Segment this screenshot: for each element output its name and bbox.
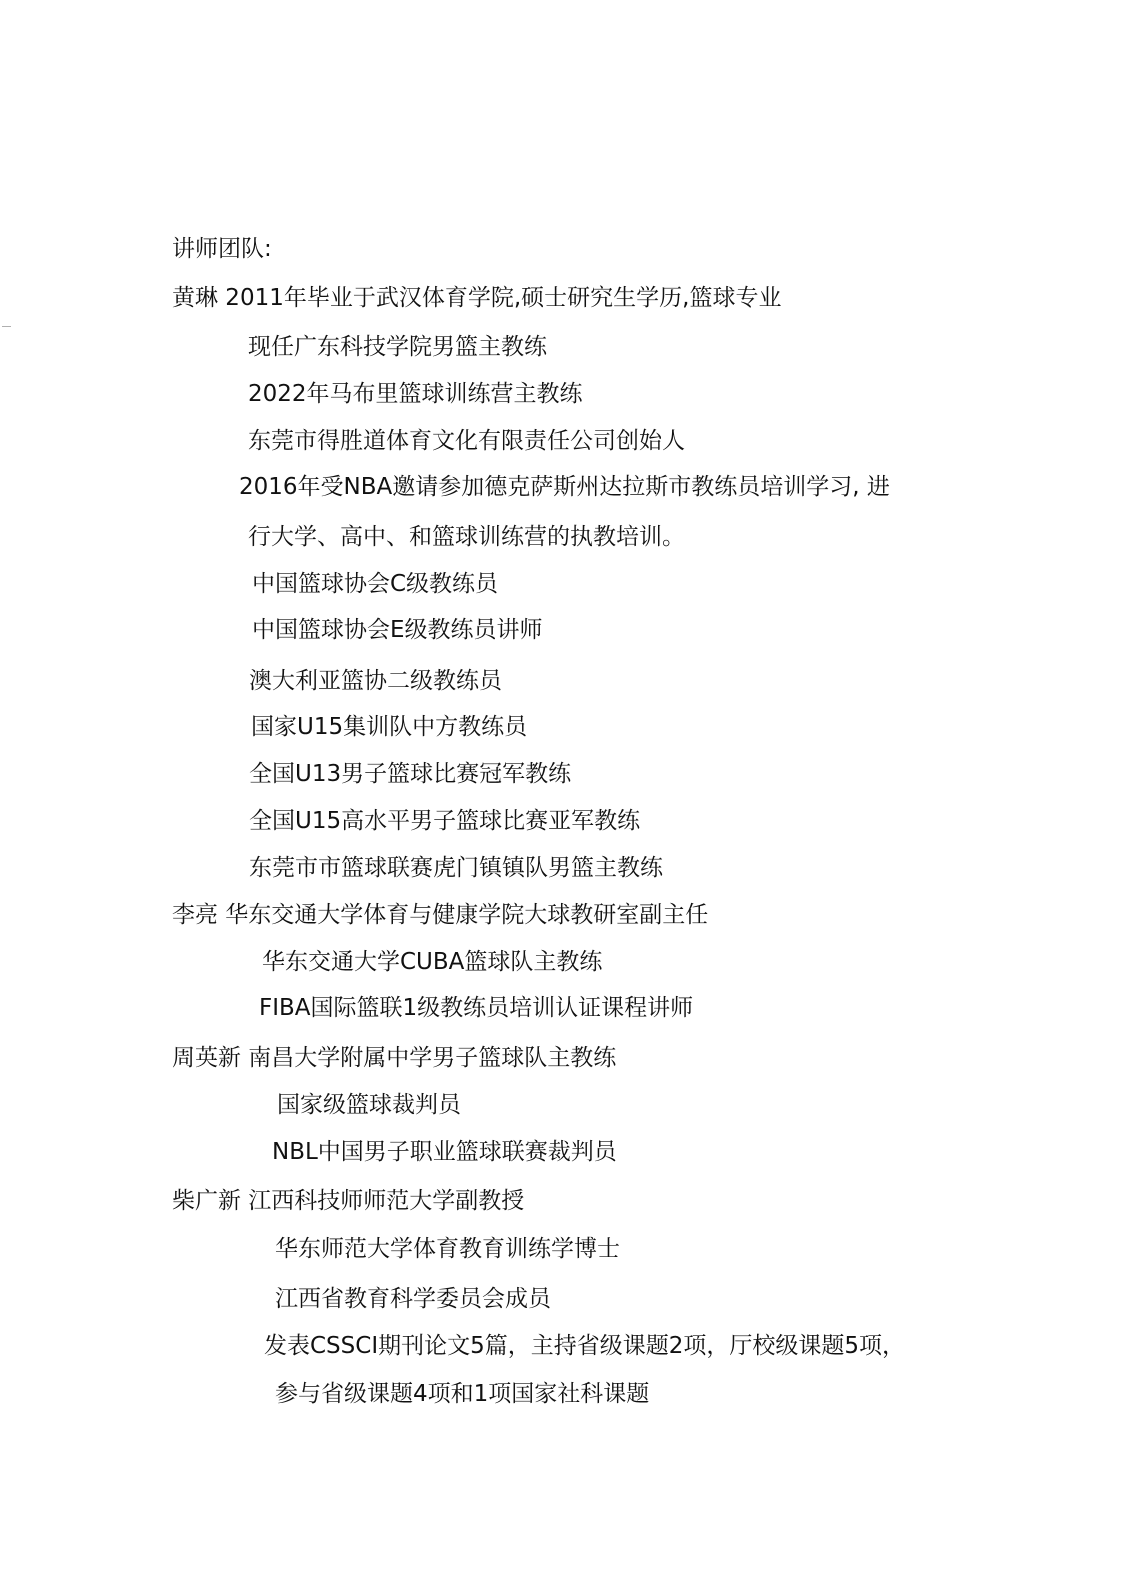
heading-instructor-team: 讲师团队: (172, 235, 272, 263)
text-line: 澳大利亚篮协二级教练员 (249, 667, 502, 695)
text-line: 华东师范大学体育教育训练学博士 (275, 1235, 620, 1263)
text-line: 国家级篮球裁判员 (277, 1091, 461, 1119)
text-line: 中国篮球协会E级教练员讲师 (252, 616, 543, 644)
text-line: 李亮 华东交通大学体育与健康学院大球教研室副主任 (172, 901, 708, 929)
text-line: 现任广东科技学院男篮主教练 (248, 333, 547, 361)
text-line: 国家U15集训队中方教练员 (251, 713, 527, 741)
text-line: 2016年受NBA邀请参加德克萨斯州达拉斯市教练员培训学习, 进 (239, 473, 890, 501)
text-line: FIBA国际篮联1级教练员培训认证课程讲师 (259, 994, 693, 1022)
text-line: 全国U15高水平男子篮球比赛亚军教练 (249, 807, 640, 835)
text-line: NBL中国男子职业篮球联赛裁判员 (272, 1138, 617, 1166)
text-line: 周英新 南昌大学附属中学男子篮球队主教练 (172, 1044, 616, 1072)
text-line: 参与省级课题4项和1项国家社科课题 (275, 1380, 649, 1408)
text-line: 发表CSSCI期刊论文5篇，主持省级课题2项，厅校级课题5项， (264, 1332, 905, 1360)
text-line: 东莞市得胜道体育文化有限责任公司创始人 (248, 427, 685, 455)
text-line: 东莞市市篮球联赛虎门镇镇队男篮主教练 (249, 854, 663, 882)
text-line: 江西省教育科学委员会成员 (275, 1285, 551, 1313)
text-line: 柴广新 江西科技师师范大学副教授 (172, 1187, 524, 1215)
margin-mark (2, 326, 11, 327)
text-line: 全国U13男子篮球比赛冠军教练 (249, 760, 571, 788)
text-line: 行大学、高中、和篮球训练营的执教培训。 (248, 523, 685, 551)
text-line: 黄琳 2011年毕业于武汉体育学院,硕士研究生学历,篮球专业 (172, 284, 781, 312)
text-line: 2022年马布里篮球训练营主教练 (248, 380, 583, 408)
text-line: 华东交通大学CUBA篮球队主教练 (262, 948, 602, 976)
text-line: 中国篮球协会C级教练员 (252, 570, 498, 598)
